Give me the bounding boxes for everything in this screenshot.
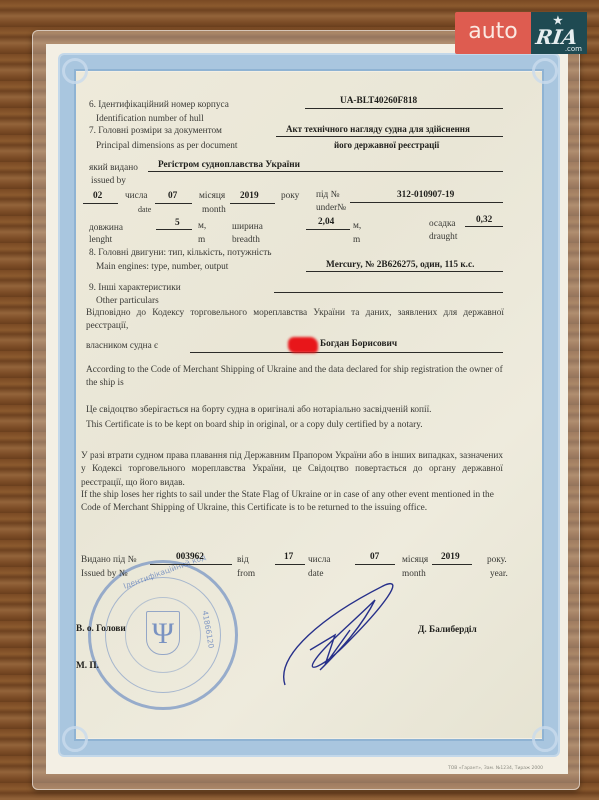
corner-ornament: [62, 58, 88, 84]
return-notice-en: If the ship loses her rights to sail und…: [81, 489, 503, 516]
corner-ornament: [532, 726, 558, 752]
issued-by-label-en: issued by: [91, 176, 126, 187]
watermark-ria: ★ RIA .com: [531, 12, 587, 54]
official-stamp: Ψ Ідентифікаційний код 41866120: [88, 560, 238, 710]
issuance-number: 003962: [176, 552, 204, 563]
signature: [265, 575, 405, 695]
signatory-name: Д. Балиберділ: [418, 625, 477, 636]
issue-day-label-en: date: [138, 205, 151, 214]
signatory-title: В. о. Голови: [76, 624, 126, 635]
issue-day: 02: [93, 191, 102, 202]
breadth-label-en: breadth: [232, 235, 260, 246]
length-label-uk: довжина: [89, 223, 123, 234]
dimensions-label-uk: 7. Головні розміри за документом: [89, 126, 222, 137]
issued-by-label-uk: який видано: [89, 163, 138, 174]
breadth-value: 2,04: [318, 217, 334, 228]
registration-number: 312-010907-19: [397, 190, 454, 201]
other-label-en: Other particulars: [96, 296, 159, 307]
hull-id-value: UA-BLT40260F818: [340, 96, 417, 107]
issue-month-label-uk: місяця: [199, 191, 225, 202]
owner-label-uk: власником судна є: [86, 341, 158, 352]
dimensions-value-line1: Акт технічного нагляду судна для здійсне…: [286, 124, 470, 134]
watermark-auto: auto: [455, 12, 531, 54]
issue-year: 2019: [240, 191, 259, 202]
owner-intro-en: According to the Code of Merchant Shippi…: [86, 364, 504, 391]
seal-label: М. П.: [76, 661, 99, 672]
issue-day-label-uk: числа: [125, 191, 148, 202]
issue-month-label-en: month: [202, 205, 226, 216]
issued-by-value: Регістром судноплавства України: [158, 160, 300, 171]
keep-notice-uk: Це свідоцтво зберігається на борту судна…: [86, 405, 432, 416]
hull-id-label-en: Identification number of hull: [96, 114, 204, 125]
draught-value: 0,32: [476, 215, 492, 226]
trident-emblem-icon: Ψ: [146, 611, 180, 655]
length-label-en: lenght: [89, 235, 112, 246]
owner-name: Богдан Борисович: [320, 339, 397, 350]
issuance-year: 2019: [441, 552, 460, 563]
issuance-label-uk: Видано під №: [81, 555, 136, 566]
return-notice-uk: У разі втрати судном права плавання під …: [81, 450, 503, 490]
issuance-day: 17: [284, 552, 293, 563]
corner-ornament: [62, 726, 88, 752]
issuance-label-en: Issued by №: [81, 569, 128, 580]
dimensions-value-line2: його державної реєстрації: [334, 140, 439, 150]
keep-notice-en: This Certificate is to be kept on board …: [86, 420, 423, 431]
owner-intro-uk: Відповідно до Кодексу торговельного море…: [86, 307, 504, 334]
redaction-mark: [288, 337, 318, 353]
draught-label-en: draught: [429, 232, 457, 243]
hull-id-label-uk: 6. Ідентифікаційний номер корпуса: [89, 100, 229, 111]
other-label-uk: 9. Інші характеристики: [89, 283, 181, 294]
under-label-uk: під №: [316, 190, 339, 201]
length-value: 5: [175, 218, 180, 229]
issue-month: 07: [168, 191, 177, 202]
engines-value: Mercury, № 2B626275, один, 115 к.с.: [326, 260, 474, 271]
breadth-label-uk: ширина: [232, 222, 263, 233]
engines-label-en: Main engines: type, number, output: [96, 262, 228, 273]
draught-label-uk: осадка: [429, 219, 455, 230]
under-label-en: under№: [316, 203, 346, 214]
engines-label-uk: 8. Головні двигуни: тип, кількість, поту…: [89, 248, 272, 259]
autoria-watermark: auto ★ RIA .com: [455, 12, 587, 54]
dimensions-label-en: Principal dimensions as per document: [96, 141, 238, 152]
issue-year-label-uk: року: [281, 191, 299, 202]
printer-imprint: ТОВ «Гарант», Зам. №1234, Тираж 2000: [448, 766, 543, 771]
corner-ornament: [532, 58, 558, 84]
issuance-month: 07: [370, 552, 379, 563]
